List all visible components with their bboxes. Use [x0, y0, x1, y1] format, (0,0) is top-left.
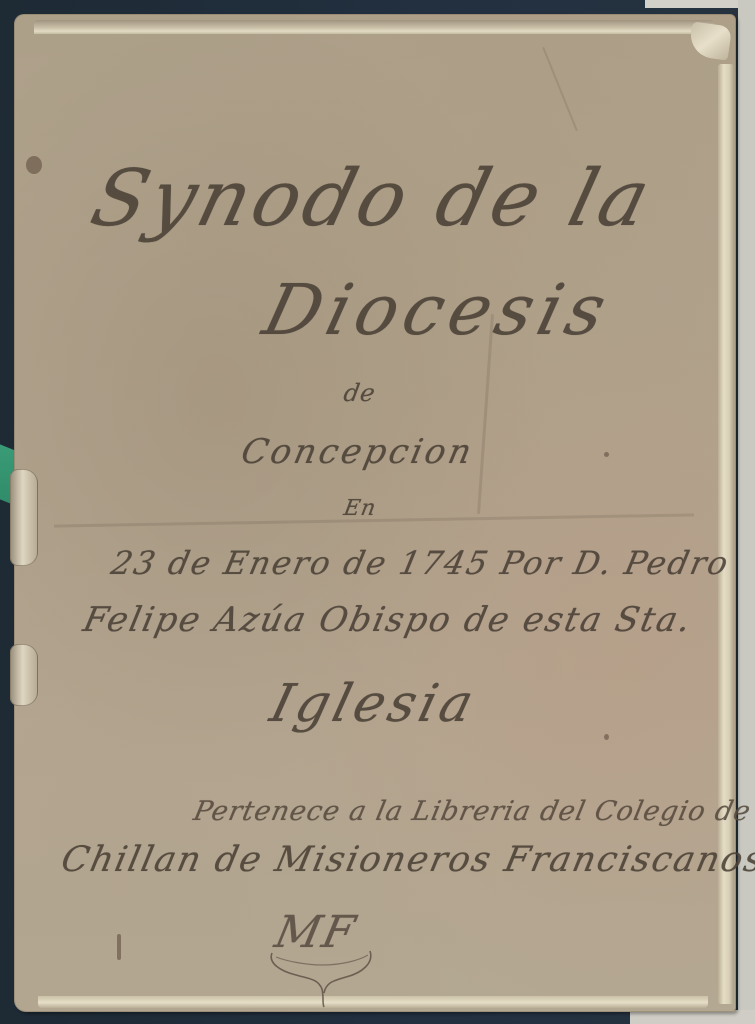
ownership-line-2: Chillan de Misioneros Franciscanos: [58, 840, 755, 880]
backdrop-bottom-right: [630, 1010, 755, 1024]
ink-spot: [604, 452, 609, 457]
author-line: Felipe Azúa Obispo de esta Sta.: [80, 600, 696, 640]
corner-fold: [688, 21, 732, 60]
ink-spot: [604, 734, 609, 740]
binding-tear: [10, 644, 38, 706]
connector-de: de: [342, 379, 379, 407]
manuscript-cover: Synodo de la Diocesis de Concepcion En 2…: [14, 14, 736, 1012]
scan-stage: Synodo de la Diocesis de Concepcion En 2…: [0, 0, 755, 1024]
church-word: Iglesia: [265, 674, 484, 734]
ink-stain: [26, 156, 42, 174]
place-name: Concepcion: [238, 432, 478, 472]
binding-tear: [10, 469, 38, 566]
date-line: 23 de Enero de 1745 Por D. Pedro: [108, 544, 733, 582]
monogram-flourish-icon: [266, 949, 376, 1009]
ink-mark: [117, 934, 121, 960]
page-edge-top: [34, 20, 714, 34]
title-line-1: Synodo de la: [83, 154, 662, 244]
connector-en: En: [342, 496, 379, 521]
title-line-2: Diocesis: [256, 269, 620, 351]
ownership-line-1: Pertenece a la Libreria del Colegio de: [191, 796, 754, 827]
paper-crease: [542, 47, 578, 131]
